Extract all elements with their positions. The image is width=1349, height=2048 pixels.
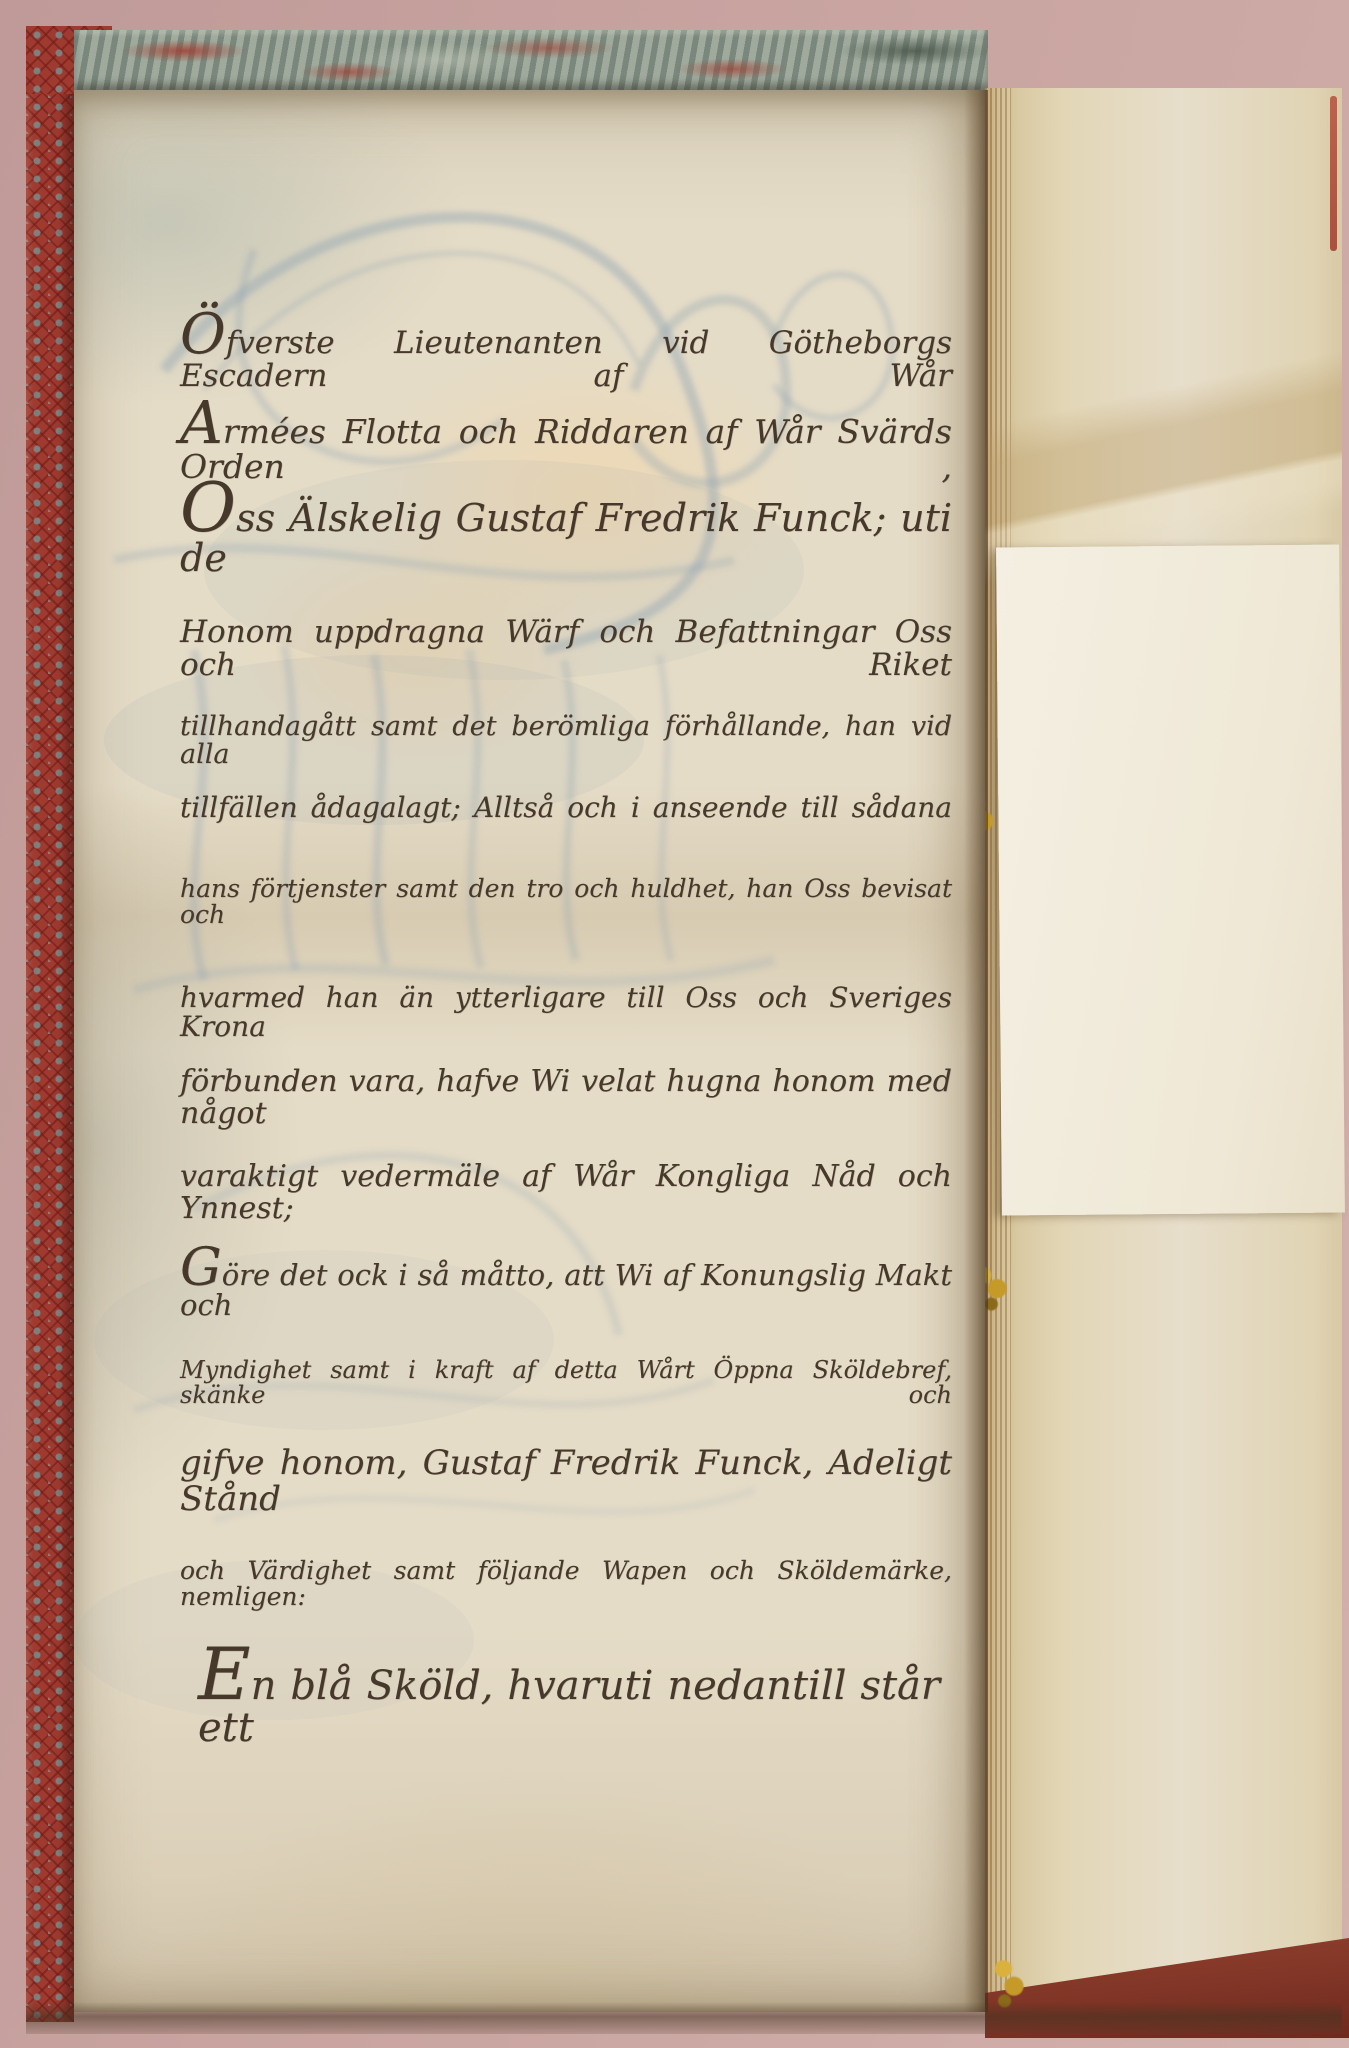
page-stack-edges — [985, 88, 1342, 2016]
page-bottom-shadow — [26, 2002, 1342, 2034]
manuscript-line: förbunden vara, hafve Wi velat hugna hon… — [180, 1066, 952, 1129]
manuscript-line: Myndighet samt i kraft af detta Wårt Öpp… — [180, 1358, 952, 1408]
manuscript-line: Armées Flotta och Riddaren af Wår Svärds… — [180, 406, 952, 484]
marbled-headband — [74, 30, 988, 90]
manuscript-line: hans förtjenster samt den tro och huldhe… — [180, 876, 952, 929]
manuscript-line: tillhandagått samt det berömliga förhåll… — [180, 713, 952, 770]
manuscript-line: varaktigt vedermäle af Wår Kongliga Nåd … — [180, 1161, 952, 1224]
back-cover-sliver — [1330, 96, 1337, 251]
manuscript-line: Oss Älskelig Gustaf Fredrik Funck; uti d… — [180, 488, 952, 579]
manuscript-line: Öfverste Lieutenanten vid Götheborgs Esc… — [180, 318, 952, 392]
manuscript-line: gifve honom, Gustaf Fredrik Funck, Adeli… — [180, 1446, 952, 1517]
manuscript-line: hvarmed han än ytterligare till Oss och … — [180, 983, 952, 1042]
manuscript-line: Honom uppdragna Wärf och Befattningar Os… — [180, 616, 952, 681]
leather-spine-edge — [26, 26, 74, 2022]
gutter-shadow — [964, 90, 988, 2012]
manuscript-line: och Värdighet samt följande Wapen och Sk… — [180, 1558, 952, 1611]
manuscript-text: Öfverste Lieutenanten vid Götheborgs Esc… — [74, 90, 985, 2012]
manuscript-line: Göre det ock i så måtto, att Wi af Konun… — [180, 1253, 952, 1321]
loose-white-sheet — [996, 545, 1345, 1216]
photo-backdrop: { "manuscript": { "lines": [ "Öfverste L… — [0, 0, 1349, 2048]
manuscript-line: En blå Sköld, hvaruti nedantill står ett — [198, 1653, 940, 1749]
manuscript-page: Öfverste Lieutenanten vid Götheborgs Esc… — [74, 90, 985, 2012]
manuscript-line: tillfällen ådagalagt; Alltså och i ansee… — [180, 793, 952, 822]
